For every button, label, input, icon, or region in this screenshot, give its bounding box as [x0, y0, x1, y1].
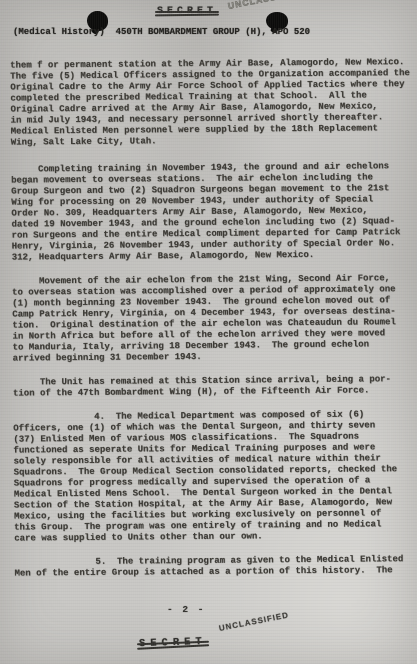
paragraph-2: Completing training in November 1943, th…	[11, 161, 414, 264]
scanned-document-page: SECRET UNCLASSIFIED (Medical History) 45…	[0, 0, 417, 664]
secret-classification-stamp-top: SECRET	[157, 6, 217, 17]
paragraph-6: 5. The training program as given to the …	[14, 554, 416, 580]
unclassified-stamp-bottom: UNCLASSIFIED	[218, 611, 290, 633]
paragraph-4: The Unit has remained at this Station si…	[13, 374, 415, 400]
paragraph-1: them f or permanent station at the Army …	[10, 57, 413, 149]
paragraph-3: Movement of the air echelon from the 21s…	[12, 273, 415, 365]
paragraph-5: 4. The Medical Department was composed o…	[13, 409, 416, 545]
document-header: (Medical History) 450TH BOMBARDMENT GROU…	[13, 27, 310, 37]
document-body: them f or permanent station at the Army …	[10, 57, 417, 579]
page-number: - 2 -	[167, 604, 206, 615]
secret-classification-stamp-bottom: SECRET	[139, 636, 207, 650]
unclassified-stamp-top: UNCLASSIFIED	[227, 0, 305, 11]
strikethrough-line	[155, 11, 219, 13]
